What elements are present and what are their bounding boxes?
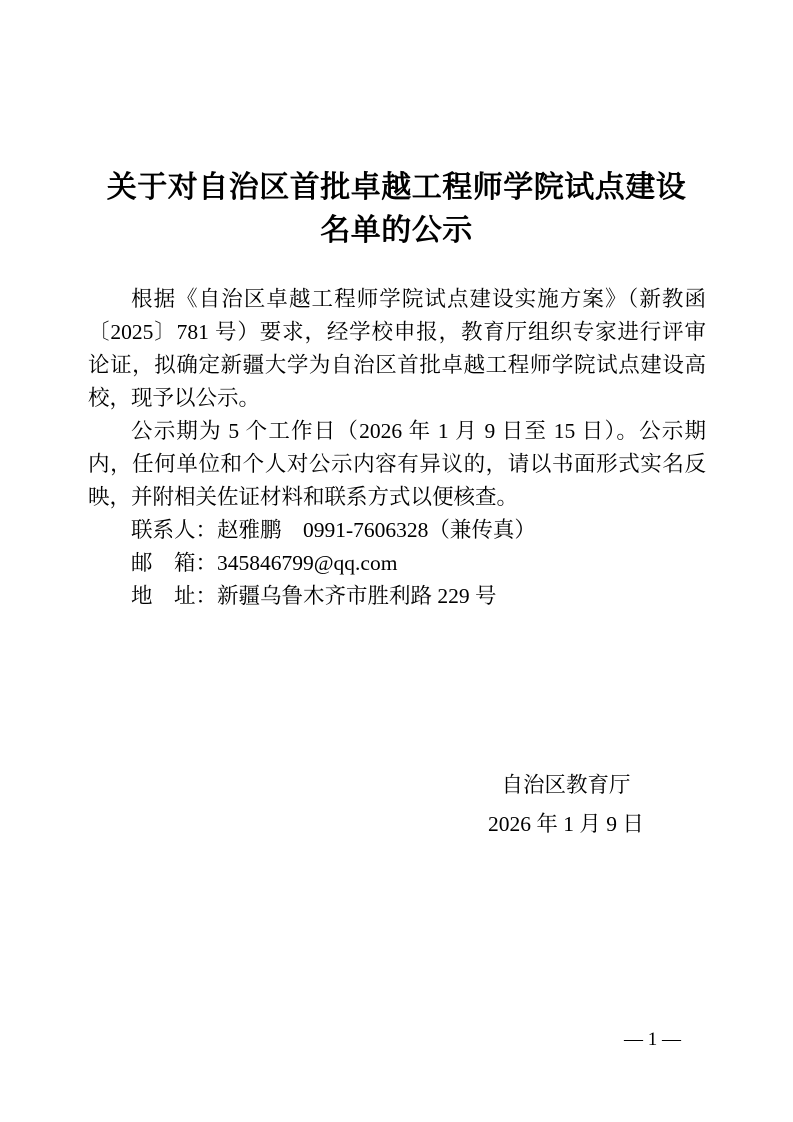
contact-email-line: 邮 箱：345846799@qq.com bbox=[88, 547, 706, 580]
signature-issuer: 自治区教育厅 bbox=[416, 766, 716, 805]
document-title-line-2: 名单的公示 bbox=[320, 214, 473, 247]
signature-date: 2026 年 1 月 9 日 bbox=[416, 805, 716, 844]
paragraph-publicity-period: 公示期为 5 个工作日（2026 年 1 月 9 日至 15 日）。公示期内，任… bbox=[88, 415, 706, 514]
page-number: — 1 — bbox=[624, 1029, 681, 1051]
signature-block: 自治区教育厅 2026 年 1 月 9 日 bbox=[416, 766, 716, 844]
document-title-line-1: 关于对自治区首批卓越工程师学院试点建设 bbox=[107, 171, 687, 204]
document-body: 根据《自治区卓越工程师学院试点建设实施方案》（新教函〔2025〕781 号）要求… bbox=[88, 283, 706, 613]
paragraph-basis: 根据《自治区卓越工程师学院试点建设实施方案》（新教函〔2025〕781 号）要求… bbox=[88, 283, 706, 415]
document-page: 关于对自治区首批卓越工程师学院试点建设 名单的公示 根据《自治区卓越工程师学院试… bbox=[0, 0, 793, 1122]
contact-person-line: 联系人：赵雅鹏 0991-7606328（兼传真） bbox=[88, 514, 706, 547]
document-title: 关于对自治区首批卓越工程师学院试点建设 名单的公示 bbox=[0, 166, 793, 252]
contact-address-line: 地 址：新疆乌鲁木齐市胜利路 229 号 bbox=[88, 580, 706, 613]
